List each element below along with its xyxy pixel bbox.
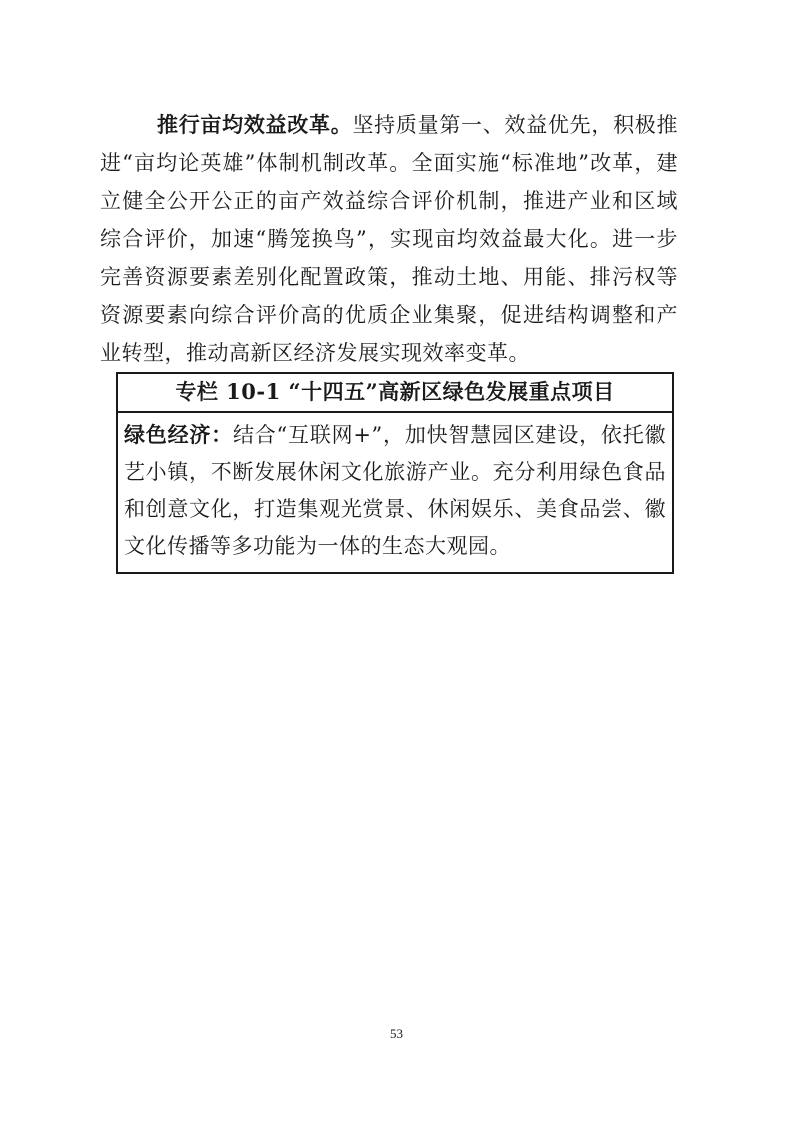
page-content: 推行亩均效益改革。坚持质量第一、效益优先，积极推进“亩均论英雄”体制机制改革。全… bbox=[100, 106, 678, 574]
document-page: 推行亩均效益改革。坚持质量第一、效益优先，积极推进“亩均论英雄”体制机制改革。全… bbox=[0, 0, 793, 1122]
callout-box-body: 绿色经济：结合“互联网+”，加快智慧园区建设，依托徽艺小镇，不断发展休闲文化旅游… bbox=[118, 413, 672, 572]
callout-box-title: 专栏 10-1 “十四五”高新区绿色发展重点项目 bbox=[118, 374, 672, 413]
paragraph-lead-heading: 推行亩均效益改革。 bbox=[157, 112, 352, 137]
callout-entry-label: 绿色经济： bbox=[124, 422, 233, 447]
callout-box: 专栏 10-1 “十四五”高新区绿色发展重点项目 绿色经济：结合“互联网+”，加… bbox=[116, 372, 674, 574]
paragraph-body-text: 坚持质量第一、效益优先，积极推进“亩均论英雄”体制机制改革。全面实施“标准地”改… bbox=[100, 113, 678, 365]
body-paragraph: 推行亩均效益改革。坚持质量第一、效益优先，积极推进“亩均论英雄”体制机制改革。全… bbox=[100, 106, 678, 372]
page-number: 53 bbox=[0, 1026, 793, 1042]
